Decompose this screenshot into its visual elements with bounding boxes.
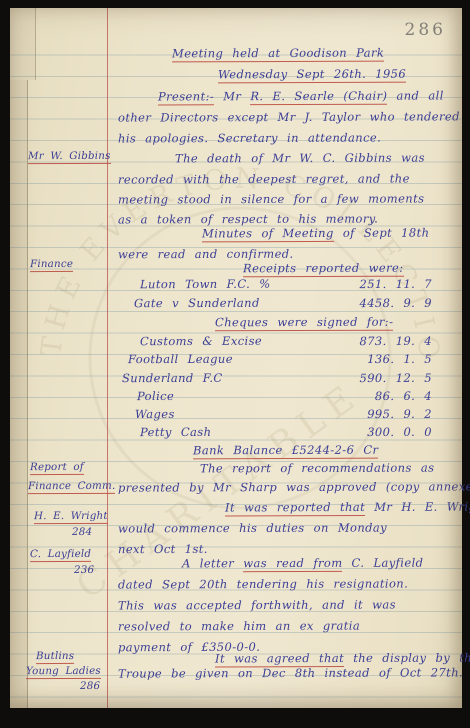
- margin-note-wright: H. E. Wright: [34, 510, 108, 522]
- margin-note-report-line2: Finance Comm.: [28, 480, 115, 492]
- margin-note-gibbins: Mr W. Gibbins: [28, 150, 111, 162]
- cheque-row-label: Wages: [135, 407, 175, 421]
- present-label: Present:-: [158, 89, 214, 105]
- margin-note-young-ladies-text: Young Ladies: [26, 665, 101, 679]
- cheque-row-amount: 136. 1. 5: [336, 352, 432, 366]
- cheque-row-label: Sunderland F.C: [122, 371, 223, 385]
- bank-balance-text: Bank Balance £5244-2-6 Cr: [193, 443, 378, 460]
- gibbins-line3: meeting stood in silence for a few momen…: [118, 191, 424, 206]
- minutes-confirmed-line1: Minutes of Meeting of Sept 18th: [202, 226, 429, 241]
- cheque-row-amount: 590. 12. 5: [336, 371, 432, 385]
- meeting-title: Meeting held at Goodison Park: [172, 46, 384, 63]
- wright-line1: It was reported that Mr H. E. Wright: [225, 500, 470, 515]
- margin-note-butlins-line1: Butlins: [36, 650, 74, 662]
- layfield-line1-start: A letter: [182, 556, 234, 570]
- margin-note-gibbins-text: Mr W. Gibbins: [28, 150, 111, 164]
- layfield-line3: This was accepted forthwith, and it was: [118, 598, 396, 613]
- bank-balance-line: Bank Balance £5244-2-6 Cr: [193, 443, 378, 458]
- cheque-row-label: Customs & Excise: [140, 334, 262, 348]
- margin-note-finance: Finance: [30, 258, 73, 270]
- page-edge-strip: [10, 8, 28, 708]
- margin-note-report-text2: Finance Comm.: [28, 480, 116, 494]
- wright-line2: would commence his duties on Monday: [118, 521, 387, 536]
- meeting-heading-line2: Wednesday Sept 26th. 1956: [218, 67, 406, 82]
- present-line2: other Directors except Mr J. Taylor who …: [118, 109, 460, 124]
- meeting-heading-line1: Meeting held at Goodison Park: [172, 46, 384, 61]
- margin-ref-layfield: 236: [74, 564, 94, 576]
- wright-line1-rest: Mr H. E. Wright: [374, 500, 470, 514]
- layfield-line4: resolved to make him an ex gratia: [118, 619, 360, 634]
- meeting-date: Wednesday Sept 26th. 1956: [218, 67, 406, 84]
- cheques-heading-text: Cheques were signed for:-: [215, 315, 393, 332]
- receipts-heading: Receipts reported were:: [243, 261, 404, 276]
- margin-note-butlins-line2: Young Ladies: [26, 665, 101, 677]
- gibbins-line4: as a token of respect to his memory.: [118, 212, 378, 227]
- butlins-line2: Troupe be given on Dec 8th instead of Oc…: [118, 665, 463, 680]
- wright-line3: next Oct 1st.: [118, 542, 208, 556]
- receipt-row-amount: 251. 11. 7: [336, 277, 432, 291]
- report-line2: presented by Mr Sharp was approved (copy…: [118, 479, 470, 494]
- cheque-row-amount: 995. 9. 2: [336, 407, 432, 421]
- present-tail: and all: [396, 89, 443, 103]
- layfield-line2: dated Sept 20th tendering his resignatio…: [118, 576, 408, 591]
- layfield-line1: A letter was read from C. Layfield: [182, 556, 423, 571]
- margin-ref-wright: 284: [72, 526, 92, 538]
- minute-book-page: THE EVERTON COLLECTION CHARITABLE 286 Me…: [10, 8, 462, 708]
- cheque-row-amount: 873. 19. 4: [336, 334, 432, 348]
- cheque-row-amount: 300. 0. 0: [336, 425, 432, 439]
- present-mid: Mr: [223, 89, 241, 103]
- cheque-row-amount: 86. 6. 4: [336, 389, 432, 403]
- margin-note-layfield: C. Layfield: [30, 548, 91, 560]
- receipt-row-label: Luton Town F.C. %: [140, 277, 271, 291]
- margin-note-finance-text: Finance: [30, 258, 73, 272]
- cheque-row-label: Football League: [128, 352, 233, 366]
- margin-note-wright-name: H. E. Wright: [34, 510, 108, 524]
- chairman-name: R. E. Searle (Chair): [250, 89, 387, 105]
- butlins-line1-rest: the display by the: [353, 651, 470, 665]
- report-line1: The report of recommendations as: [200, 461, 434, 476]
- minutes-of-meeting-label: Minutes of Meeting: [202, 226, 334, 242]
- butlins-line1: It was agreed that the display by the: [215, 651, 470, 666]
- present-line3: his apologies. Secretary in attendance.: [118, 131, 381, 146]
- receipt-row-label: Gate v Sunderland: [134, 296, 260, 310]
- gibbins-line1: The death of Mr W. C. Gibbins was: [175, 151, 425, 166]
- scanned-minute-book-screenshot: { "page_number": "286", "heading": { "li…: [0, 0, 470, 728]
- receipts-heading-text: Receipts reported were:: [243, 261, 404, 278]
- cheques-heading: Cheques were signed for:-: [215, 315, 393, 330]
- margin-note-butlins-text: Butlins: [36, 650, 74, 664]
- gibbins-line2: recorded with the deepest regret, and th…: [118, 171, 410, 186]
- margin-note-report-line1: Report of: [30, 461, 84, 473]
- page-number: 286: [405, 20, 446, 40]
- minutes-confirmed-line2: were read and confirmed.: [118, 247, 294, 262]
- cheque-row-label: Petty Cash: [140, 425, 211, 439]
- layfield-line1-end: C. Layfield: [352, 556, 424, 570]
- wright-line1-underlined: It was reported that: [225, 500, 365, 516]
- present-line1: Present:- Mr R. E. Searle (Chair) and al…: [158, 89, 444, 104]
- receipt-row-amount: 4458. 9. 9: [336, 296, 432, 310]
- red-margin-line: [107, 8, 108, 708]
- cheque-row-label: Police: [137, 389, 174, 403]
- layfield-line1-underlined: was read from: [243, 556, 342, 572]
- margin-ref-butlins: 286: [80, 680, 100, 692]
- margin-note-layfield-name: C. Layfield: [30, 548, 91, 562]
- minutes-date: of Sept 18th: [343, 226, 430, 240]
- page-edge-step: [10, 8, 36, 80]
- margin-note-report-text1: Report of: [30, 461, 84, 475]
